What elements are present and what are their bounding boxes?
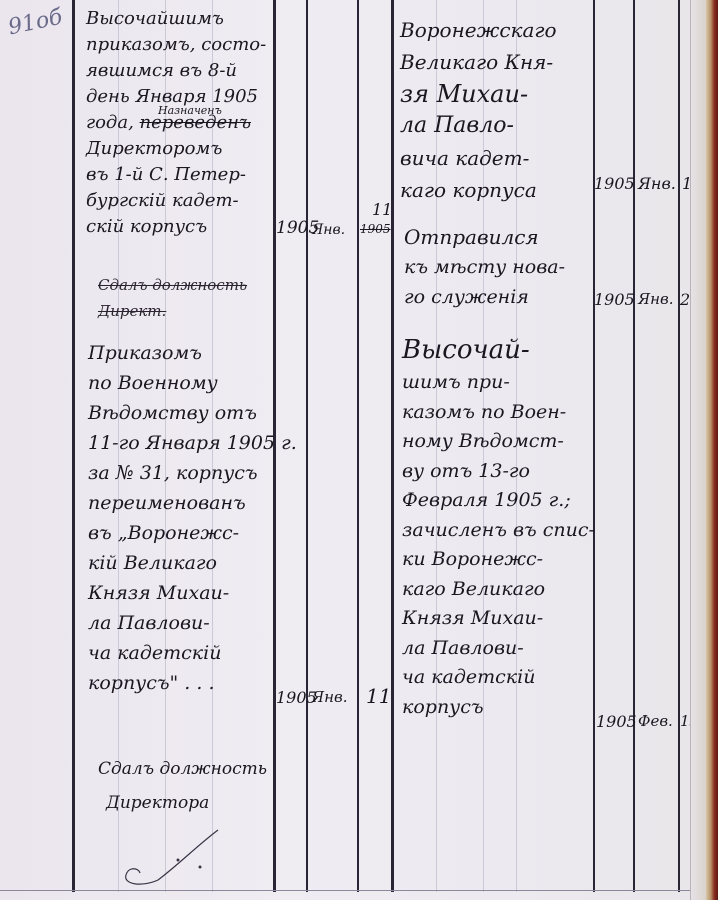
entry-line: ча кадетскій xyxy=(402,663,595,693)
column-rule-right-page-text xyxy=(391,0,394,892)
entry-line: Февраля 1905 г.; xyxy=(402,486,595,516)
column-rule-month-right xyxy=(633,0,635,892)
entry-line: ла Павлови- xyxy=(402,634,595,664)
entry-line: ки Воронежс- xyxy=(402,545,595,575)
entry-line: зя Михаи- xyxy=(400,78,557,110)
entry-line: корпусъ" . . . xyxy=(88,668,297,698)
entry-line: въ „Воронежс- xyxy=(88,518,297,548)
right-entry-2-month: Янв. xyxy=(638,290,674,308)
entry-line: Сдалъ должность xyxy=(98,272,247,298)
entry-line: каго Великаго xyxy=(402,575,595,605)
entry-line: Князя Михаи- xyxy=(88,578,297,608)
right-entry-1-month: Янв. xyxy=(638,174,676,193)
left-entry-1: Высочайшимъ приказомъ, состо- явшимся въ… xyxy=(86,6,266,240)
entry-line: приказомъ, состо- xyxy=(86,32,266,58)
right-entry-1-year: 1905 xyxy=(594,174,635,193)
column-rule-day-right xyxy=(678,0,680,892)
left-entry-2-struck: Сдалъ должность Директ. xyxy=(98,272,247,324)
entry-line: ву отъ 13-го xyxy=(402,457,595,487)
entry-line: Директора xyxy=(98,786,267,820)
right-entry-3-month: Фев. xyxy=(638,712,673,730)
entry-line: въ 1-й С. Петер- xyxy=(86,162,266,188)
entry-line: за № 31, корпусъ xyxy=(88,458,297,488)
right-entry-3: Высочай- шимъ при- казомъ по Воен- ному … xyxy=(402,332,595,722)
entry-line: Воронежскаго xyxy=(400,14,557,46)
left-entry-1-month: Янв. xyxy=(312,222,345,238)
closing-flourish-icon xyxy=(118,825,228,890)
column-rule-left-margin xyxy=(72,0,75,892)
entry-line: Великаго Кня- xyxy=(400,46,557,78)
right-entry-1: Воронежскаго Великаго Кня- зя Михаи- ла … xyxy=(400,14,557,206)
entry-line: каго корпуса xyxy=(400,174,557,206)
entry-line: Князя Михаи- xyxy=(402,604,595,634)
entry-line: бургскій кадет- xyxy=(86,188,266,214)
left-entry-1-day: 11 xyxy=(372,200,392,219)
column-rule-day-left xyxy=(357,0,359,892)
entry-line: Директоромъ xyxy=(86,136,266,162)
entry-line: казомъ по Воен- xyxy=(402,398,595,428)
entry-line: 11-го Января 1905 г. xyxy=(88,428,297,458)
entry-line: ла Павло- xyxy=(400,110,557,142)
bottom-rule xyxy=(0,890,706,891)
left-entry-3-day: 11 xyxy=(366,684,391,708)
entry-line: корпусъ xyxy=(402,693,595,723)
left-entry-4: Сдалъ должность Директора xyxy=(98,752,267,820)
entry-line: Приказомъ xyxy=(88,338,297,368)
entry-line: ча кадетскій xyxy=(88,638,297,668)
entry-line: кій Великаго xyxy=(88,548,297,578)
entry-line: по Военному xyxy=(88,368,297,398)
left-entry-3-year: 1905 xyxy=(276,688,317,707)
right-entry-2: Отправился къ мѣсту нова- го служенія xyxy=(404,222,565,312)
entry-line: Отправился xyxy=(404,222,565,252)
entry-line: явшимся въ 8-й xyxy=(86,58,266,84)
entry-line: Сдалъ должность xyxy=(98,752,267,786)
left-entry-1-struck-year: 1905 xyxy=(360,222,391,236)
column-rule-month-left xyxy=(306,0,308,892)
entry-line: зачисленъ въ спис- xyxy=(402,516,595,546)
entry-line: ла Павлови- xyxy=(88,608,297,638)
inserted-correction: Назначенъ xyxy=(158,98,222,124)
entry-line: ному Вѣдомст- xyxy=(402,427,595,457)
entry-line: шимъ при- xyxy=(402,368,595,398)
entry-line: Высочайшимъ xyxy=(86,6,266,32)
left-entry-3: Приказомъ по Военному Вѣдомству отъ 11-г… xyxy=(88,338,297,698)
entry-line: переименованъ xyxy=(88,488,297,518)
entry-line: къ мѣсту нова- xyxy=(404,252,565,282)
entry-line: Вѣдомству отъ xyxy=(88,398,297,428)
entry-line: го служенія xyxy=(404,282,565,312)
folio-number: 91об xyxy=(6,5,65,41)
entry-line: скій корпусъ xyxy=(86,214,266,240)
entry-line: вича кадет- xyxy=(400,142,557,174)
right-entry-2-year: 1905 xyxy=(594,290,635,309)
right-entry-3-year: 1905 xyxy=(596,712,637,731)
ledger-page: 91об Высочайшимъ приказомъ, состо- явшим… xyxy=(0,0,706,900)
entry-line: Директ. xyxy=(98,298,247,324)
book-binding xyxy=(706,0,718,900)
left-entry-3-month: Янв. xyxy=(312,688,348,706)
entry-line-with-correction: Назначенъ года, переведенъ xyxy=(86,110,266,136)
page-edge xyxy=(690,0,707,900)
entry-line: Высочай- xyxy=(402,332,595,368)
